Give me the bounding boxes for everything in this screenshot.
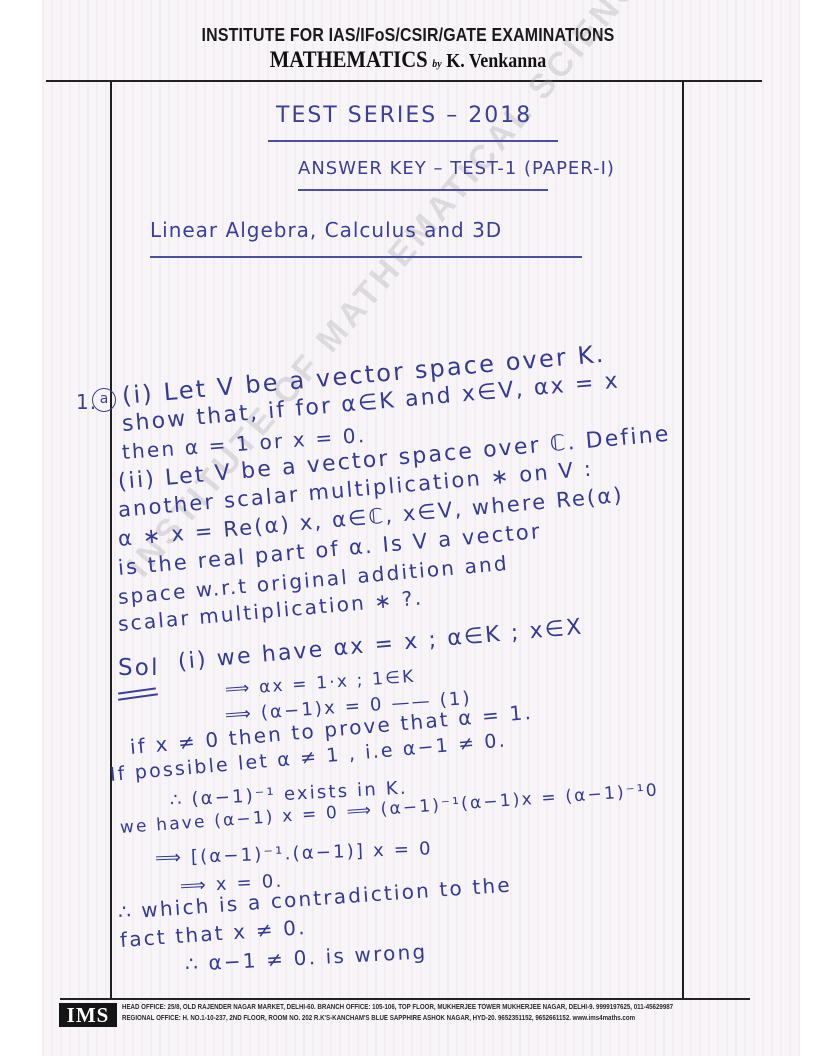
question-part-circle: a [92,388,116,412]
bottom-rule [60,998,750,1000]
topic-underline [150,256,582,258]
subject-title: MATHEMATICS [270,47,428,72]
institute-heading: INSTITUTE FOR IAS/IFoS/CSIR/GATE EXAMINA… [57,24,759,46]
solution-label: Sol [118,655,160,681]
left-margin-line [110,81,112,998]
subject-heading: MATHEMATICS by K. Venkanna [41,47,775,73]
head-office-text: HEAD OFFICE: 25/8, OLD RAJENDER NAGAR MA… [122,1002,673,1013]
regional-office-text: REGIONAL OFFICE: H. NO.1-10-237, 2ND FLO… [122,1013,673,1024]
right-margin-line [682,81,684,998]
topic-title: Linear Algebra, Calculus and 3D [150,218,502,242]
answer-key-title: ANSWER KEY – TEST-1 (PAPER-I) [298,158,615,179]
answer-key-underline [298,189,548,191]
series-underline [268,140,558,142]
top-rule [46,80,762,82]
series-title: TEST SERIES – 2018 [276,103,532,128]
ims-logo: IMS [59,1003,117,1027]
footer-address: HEAD OFFICE: 25/8, OLD RAJENDER NAGAR MA… [122,1002,673,1024]
by-label: by [432,58,441,70]
